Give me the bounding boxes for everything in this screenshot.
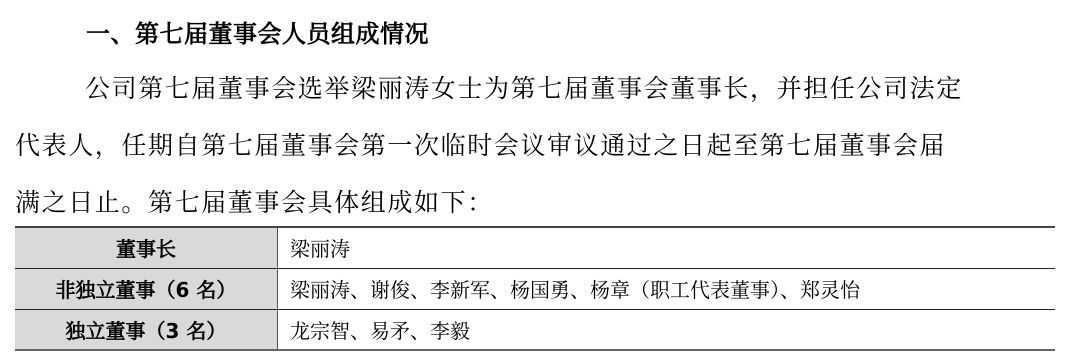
- paragraph-line-1: 公司第七届董事会选举梁丽涛女士为第七届董事会董事长，并担任公司法定: [85, 69, 963, 105]
- paragraph-line-3: 满之日止。第七届董事会具体组成如下：: [15, 183, 494, 219]
- table-row-chairman: 董事长 梁丽涛: [15, 227, 1055, 268]
- row-value: 龙宗智、易矛、李毅: [278, 309, 1056, 350]
- row-value: 梁丽涛: [278, 227, 1056, 268]
- row-label: 独立董事（3 名）: [15, 309, 278, 350]
- section-heading: 一、第七届董事会人员组成情况: [86, 14, 429, 49]
- board-composition-table: 董事长 梁丽涛 非独立董事（6 名） 梁丽涛、谢俊、李新军、杨国勇、杨章（职工代…: [15, 226, 1055, 351]
- row-label: 董事长: [15, 227, 278, 268]
- table-row-non-independent-directors: 非独立董事（6 名） 梁丽涛、谢俊、李新军、杨国勇、杨章（职工代表董事）、郑灵怡: [15, 268, 1055, 309]
- table-row-independent-directors: 独立董事（3 名） 龙宗智、易矛、李毅: [15, 309, 1055, 350]
- row-label: 非独立董事（6 名）: [15, 268, 278, 309]
- row-value: 梁丽涛、谢俊、李新军、杨国勇、杨章（职工代表董事）、郑灵怡: [278, 268, 1056, 309]
- paragraph-line-2: 代表人，任期自第七届董事会第一次临时会议审议通过之日起至第七届董事会届: [15, 126, 946, 162]
